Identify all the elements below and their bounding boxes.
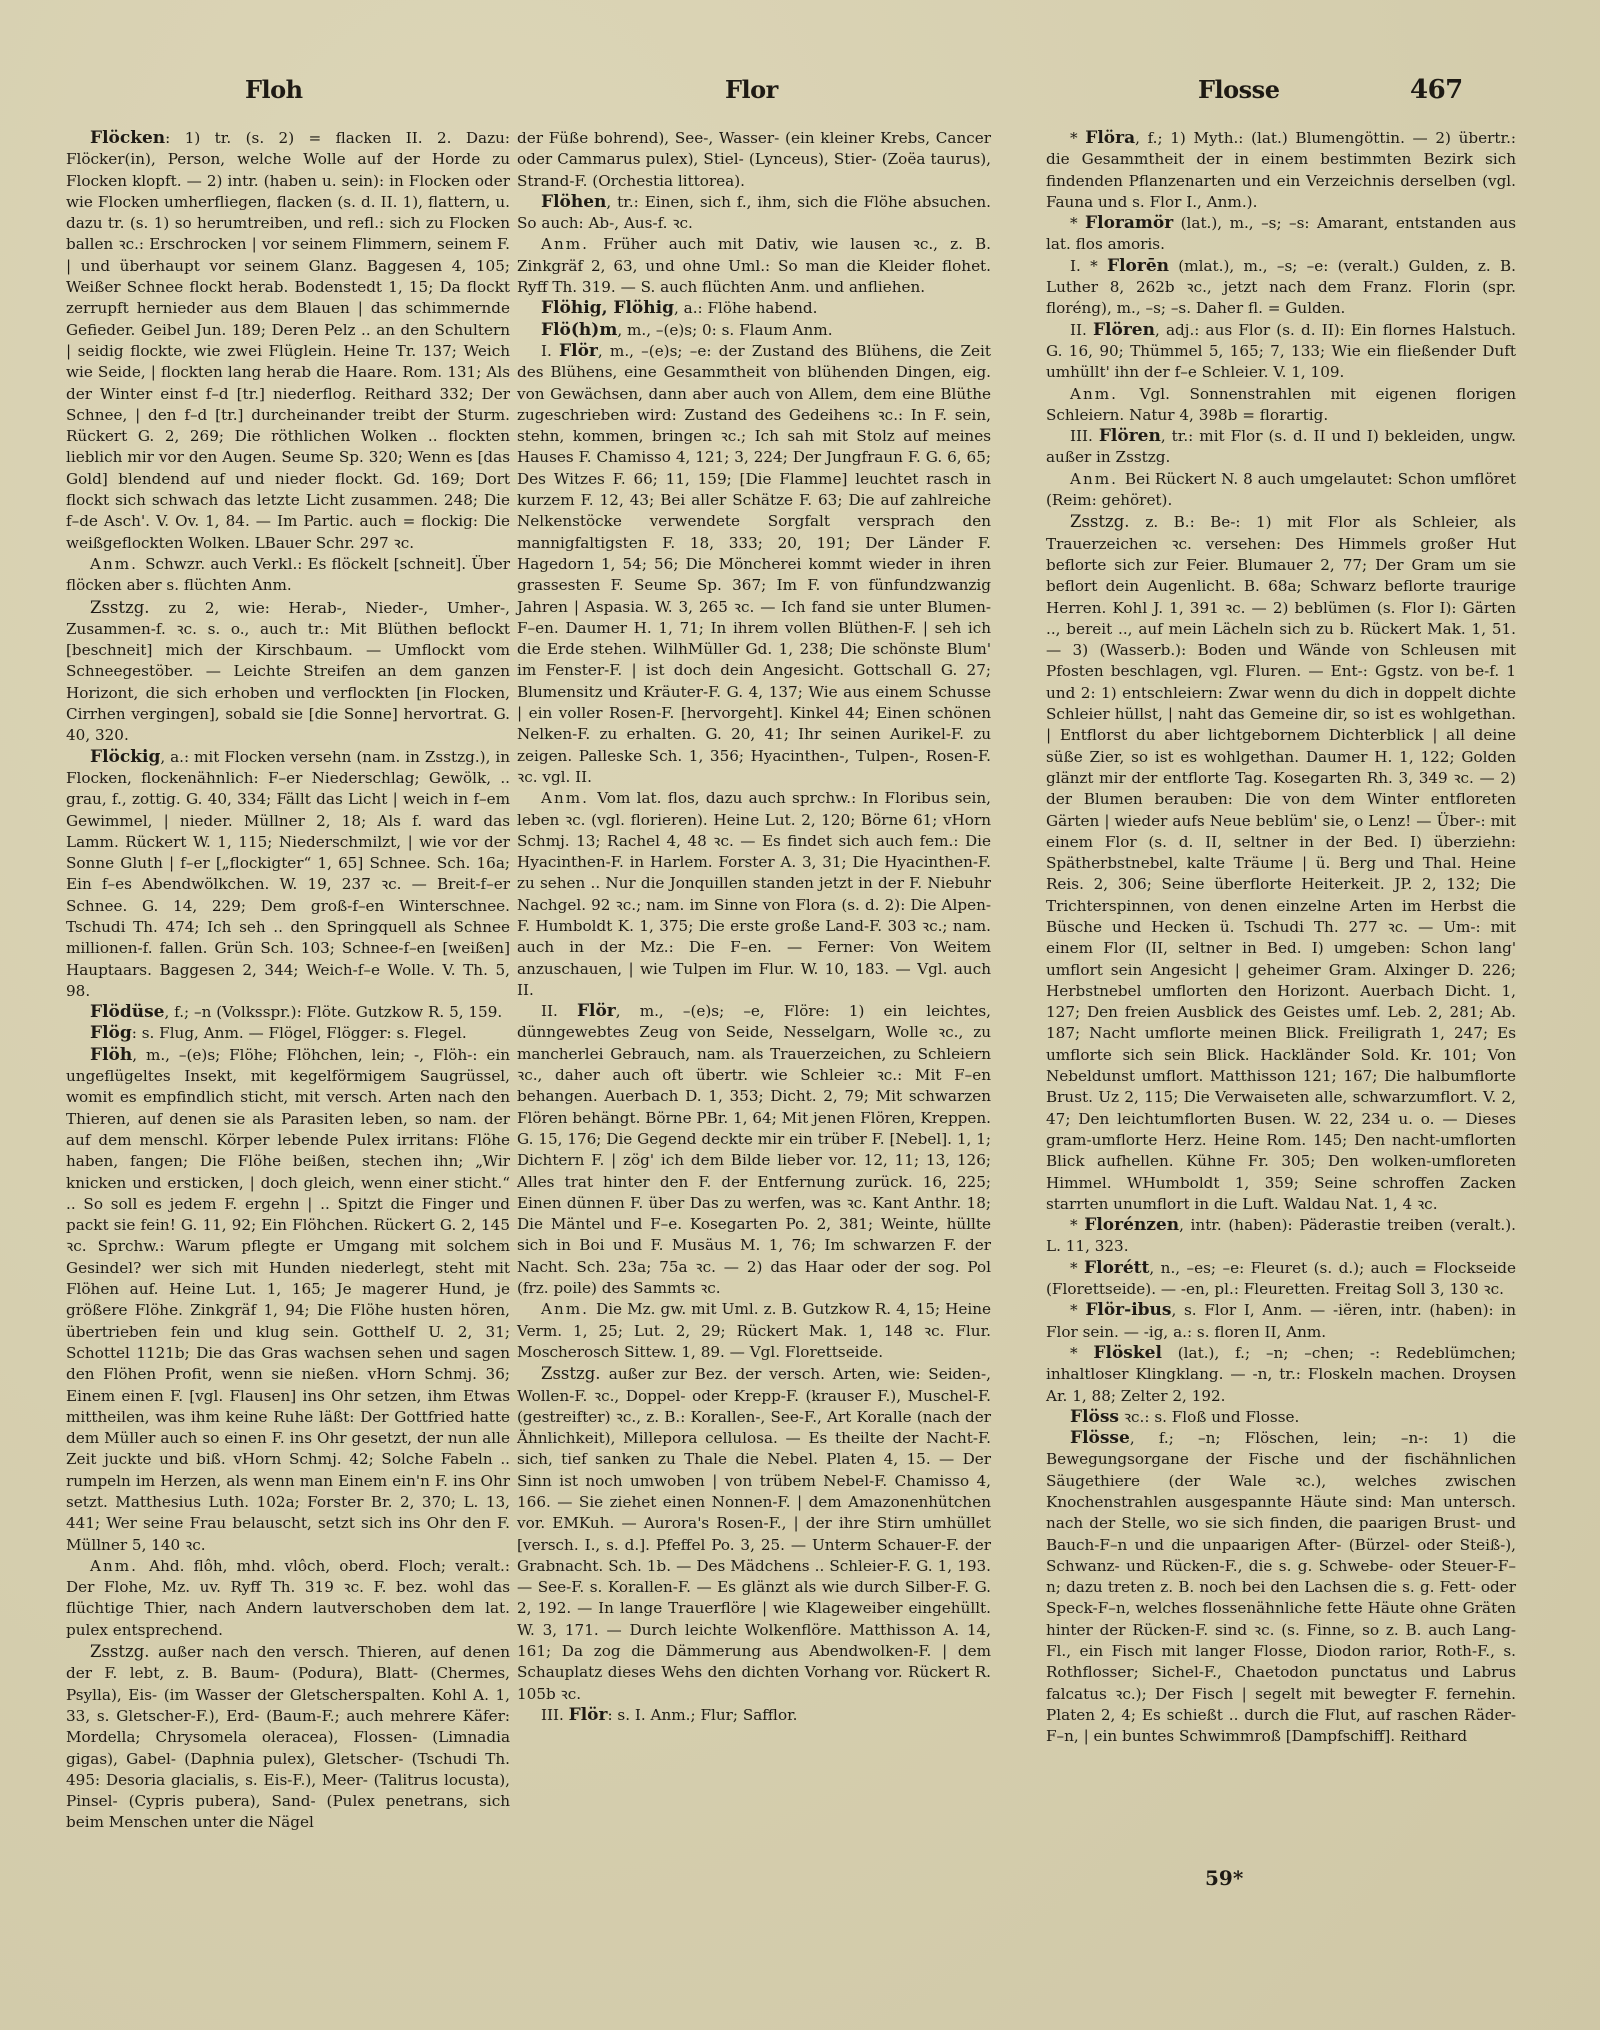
- sense-numeral: III.: [541, 1706, 569, 1724]
- column-3: * Flöra, f.; 1) Myth.: (lat.) Blumengött…: [1046, 128, 1516, 1748]
- entry-text: außer nach den versch. Thieren, auf dene…: [66, 1643, 510, 1831]
- dictionary-entry: * Flöra, f.; 1) Myth.: (lat.) Blumengött…: [1046, 128, 1516, 213]
- dictionary-entry: * Flör-ibus, s. Flor I, Anm. — -iëren, i…: [1046, 1300, 1516, 1343]
- sense-numeral: I.: [1070, 257, 1090, 275]
- entry-label: Anm.: [1070, 470, 1125, 488]
- dictionary-entry: Flö(h)m, m., –(e)s; 0: s. Flaum Anm.: [517, 320, 991, 341]
- entry-text: der Füße bohrend), See-, Wasser- (ein kl…: [517, 129, 991, 190]
- entry-label: Anm.: [541, 1300, 596, 1318]
- entry-label: Anm.: [90, 1557, 149, 1575]
- entry-text: , f.; –n (Volksspr.): Flöte. Gutzkow R. …: [165, 1003, 503, 1021]
- entry-note: Anm. Ahd. flôh, mhd. vlôch, oberd. Floch…: [66, 1556, 510, 1641]
- headword: Floramör: [1085, 213, 1173, 233]
- entry-label: Anm.: [90, 555, 145, 573]
- headword: Flöhen: [541, 192, 606, 212]
- entry-label: Anm.: [541, 235, 603, 253]
- dictionary-entry: * Floramör (lat.), m., –s; –s: Amarant, …: [1046, 213, 1516, 256]
- dictionary-entry: Flöss ꝛc.: s. Floß und Flosse.: [1046, 1407, 1516, 1428]
- foreign-word-star-icon: *: [1070, 1216, 1084, 1234]
- headword: Flösse: [1070, 1428, 1130, 1448]
- headword: Flöra: [1085, 128, 1135, 148]
- dictionary-entry: Flöh, m., –(e)s; Flöhe; Flöhchen, lein; …: [66, 1045, 510, 1556]
- headword: Florétt: [1084, 1258, 1149, 1278]
- dictionary-entry: Flöcken: 1) tr. (s. 2) = flacken II. 2. …: [66, 128, 510, 554]
- entry-label: Zsstzg.: [90, 598, 169, 617]
- entry-label: Zsstzg.: [90, 1642, 158, 1661]
- dictionary-entry: * Florétt, n., –es; –e: Fleuret (s. d.);…: [1046, 1258, 1516, 1301]
- headword: Flör-ibus: [1085, 1300, 1171, 1320]
- sense-numeral: II.: [541, 1002, 577, 1020]
- sense-numeral: III.: [1070, 427, 1099, 445]
- dictionary-entry: Flög: s. Flug, Anm. — Flögel, Flögger: s…: [66, 1023, 510, 1044]
- headword: Flödüse: [90, 1002, 165, 1022]
- entry-text: außer zur Bez. der versch. Arten, wie: S…: [517, 1365, 991, 1702]
- headword: Flör: [559, 341, 598, 361]
- entry-note: Anm. Die Mz. gw. mit Uml. z. B. Gutzkow …: [517, 1299, 991, 1363]
- dictionary-entry: Flödüse, f.; –n (Volksspr.): Flöte. Gutz…: [66, 1002, 510, 1023]
- headword: Flöckig: [90, 747, 160, 767]
- entry-label: Anm.: [541, 789, 597, 807]
- entry-note: Anm. Früher auch mit Dativ, wie lausen ꝛ…: [517, 234, 991, 298]
- headword: Flör: [577, 1001, 616, 1021]
- foreign-word-star-icon: *: [1070, 1301, 1085, 1319]
- entry-text: : s. Flug, Anm. — Flögel, Flögger: s. Fl…: [132, 1024, 467, 1042]
- foreign-word-star-icon: *: [1090, 257, 1107, 275]
- entry-note: Anm. Bei Rückert N. 8 auch umgelautet: S…: [1046, 469, 1516, 512]
- column-1: Flöcken: 1) tr. (s. 2) = flacken II. 2. …: [66, 128, 510, 1834]
- dictionary-entry: * Flöskel (lat.), f.; –n; –chen; -: Rede…: [1046, 1343, 1516, 1407]
- entry-text: , a.: Flöhe habend.: [674, 299, 818, 317]
- dictionary-entry: I. Flör, m., –(e)s; –e: der Zustand des …: [517, 341, 991, 788]
- headword: Flören: [1093, 320, 1155, 340]
- entry-text: , f.; –n; Flöschen, lein; –n-: 1) die Be…: [1046, 1429, 1516, 1745]
- headword: Flö(h)m: [541, 320, 617, 340]
- entry-note: Zsstzg. z. B.: Be-: 1) mit Flor als Schl…: [1046, 511, 1516, 1215]
- dictionary-entry: * Florénzen, intr. (haben): Päderastie t…: [1046, 1215, 1516, 1258]
- entry-label: Anm.: [1070, 385, 1140, 403]
- headword: Flör: [569, 1705, 608, 1725]
- entry-text: z. B.: Be-: 1) mit Flor als Schleier, al…: [1046, 513, 1516, 1213]
- dictionary-entry: II. Flör, m., –(e)s; –e, Flöre: 1) ein l…: [517, 1001, 991, 1299]
- headword: Flöhig, Flöhig: [541, 298, 674, 318]
- entry-text: , m., –(e)s; Flöhe; Flöhchen, lein; -, F…: [66, 1046, 510, 1554]
- sense-numeral: II.: [1070, 321, 1093, 339]
- entry-text: , m., –(e)s; –e, Flöre: 1) ein leichtes,…: [517, 1002, 991, 1297]
- running-head-center: Flor: [725, 75, 778, 104]
- foreign-word-star-icon: *: [1070, 1259, 1084, 1277]
- entry-note: Anm. Vgl. Sonnenstrahlen mit eigenen flo…: [1046, 384, 1516, 427]
- entry-text: ꝛc.: s. Floß und Flosse.: [1119, 1408, 1299, 1426]
- entry-continuation: der Füße bohrend), See-, Wasser- (ein kl…: [517, 128, 991, 192]
- entry-text: zu 2, wie: Herab-, Nieder-, Umher-, Zusa…: [66, 599, 510, 745]
- entry-label: Zsstzg.: [1070, 512, 1145, 531]
- headword: Flöcken: [90, 128, 165, 148]
- sense-numeral: I.: [541, 342, 559, 360]
- entry-label: Zsstzg.: [541, 1364, 609, 1383]
- foreign-word-star-icon: *: [1070, 214, 1085, 232]
- running-head-right: Flosse: [1198, 75, 1279, 104]
- dictionary-entry: Flösse, f.; –n; Flöschen, lein; –n-: 1) …: [1046, 1428, 1516, 1747]
- entry-note: Zsstzg. zu 2, wie: Herab-, Nieder-, Umhe…: [66, 597, 510, 747]
- entry-note: Zsstzg. außer zur Bez. der versch. Arten…: [517, 1363, 991, 1705]
- dictionary-entry: I. * Florēn (mlat.), m., –s; –e: (veralt…: [1046, 256, 1516, 320]
- running-head: Floh Flor Flosse 467: [0, 75, 1600, 115]
- headword: Flöh: [90, 1045, 132, 1065]
- running-head-left: Floh: [245, 75, 303, 104]
- headword: Flöskel: [1093, 1343, 1162, 1363]
- dictionary-entry: III. Flören, tr.: mit Flor (s. d. II und…: [1046, 426, 1516, 469]
- column-2: der Füße bohrend), See-, Wasser- (ein kl…: [517, 128, 991, 1726]
- dictionary-entry: Flöhen, tr.: Einen, sich f., ihm, sich d…: [517, 192, 991, 235]
- entry-text: Vom lat. flos, dazu auch sprchw.: In Flo…: [517, 789, 991, 999]
- dictionary-entry: II. Flören, adj.: aus Flor (s. d. II): E…: [1046, 320, 1516, 384]
- headword: Flög: [90, 1023, 132, 1043]
- page-number: 467: [1410, 75, 1463, 105]
- entry-note: Zsstzg. außer nach den versch. Thieren, …: [66, 1641, 510, 1834]
- entry-text: : s. I. Anm.; Flur; Safflor.: [607, 1706, 797, 1724]
- entry-note: Anm. Vom lat. flos, dazu auch sprchw.: I…: [517, 788, 991, 1001]
- dictionary-page: Floh Flor Flosse 467 Flöcken: 1) tr. (s.…: [0, 0, 1600, 2030]
- headword: Florénzen: [1084, 1215, 1179, 1235]
- signature-mark: 59*: [1205, 1866, 1243, 1890]
- entry-text: , m., –(e)s; –e: der Zustand des Blühens…: [517, 342, 991, 786]
- foreign-word-star-icon: *: [1070, 1344, 1093, 1362]
- entry-text: , m., –(e)s; 0: s. Flaum Anm.: [617, 321, 832, 339]
- headword: Flören: [1099, 426, 1161, 446]
- dictionary-entry: Flöckig, a.: mit Flocken versehn (nam. i…: [66, 747, 510, 1003]
- entry-text: : 1) tr. (s. 2) = flacken II. 2. Dazu: F…: [66, 129, 510, 552]
- dictionary-entry: III. Flör: s. I. Anm.; Flur; Safflor.: [517, 1705, 991, 1726]
- dictionary-entry: Flöhig, Flöhig, a.: Flöhe habend.: [517, 298, 991, 319]
- entry-note: Anm. Schwzr. auch Verkl.: Es flöckelt [s…: [66, 554, 510, 597]
- foreign-word-star-icon: *: [1070, 129, 1085, 147]
- headword: Flöss: [1070, 1407, 1119, 1427]
- headword: Florēn: [1107, 256, 1169, 276]
- entry-text: , a.: mit Flocken versehn (nam. in Zsstz…: [66, 748, 510, 1000]
